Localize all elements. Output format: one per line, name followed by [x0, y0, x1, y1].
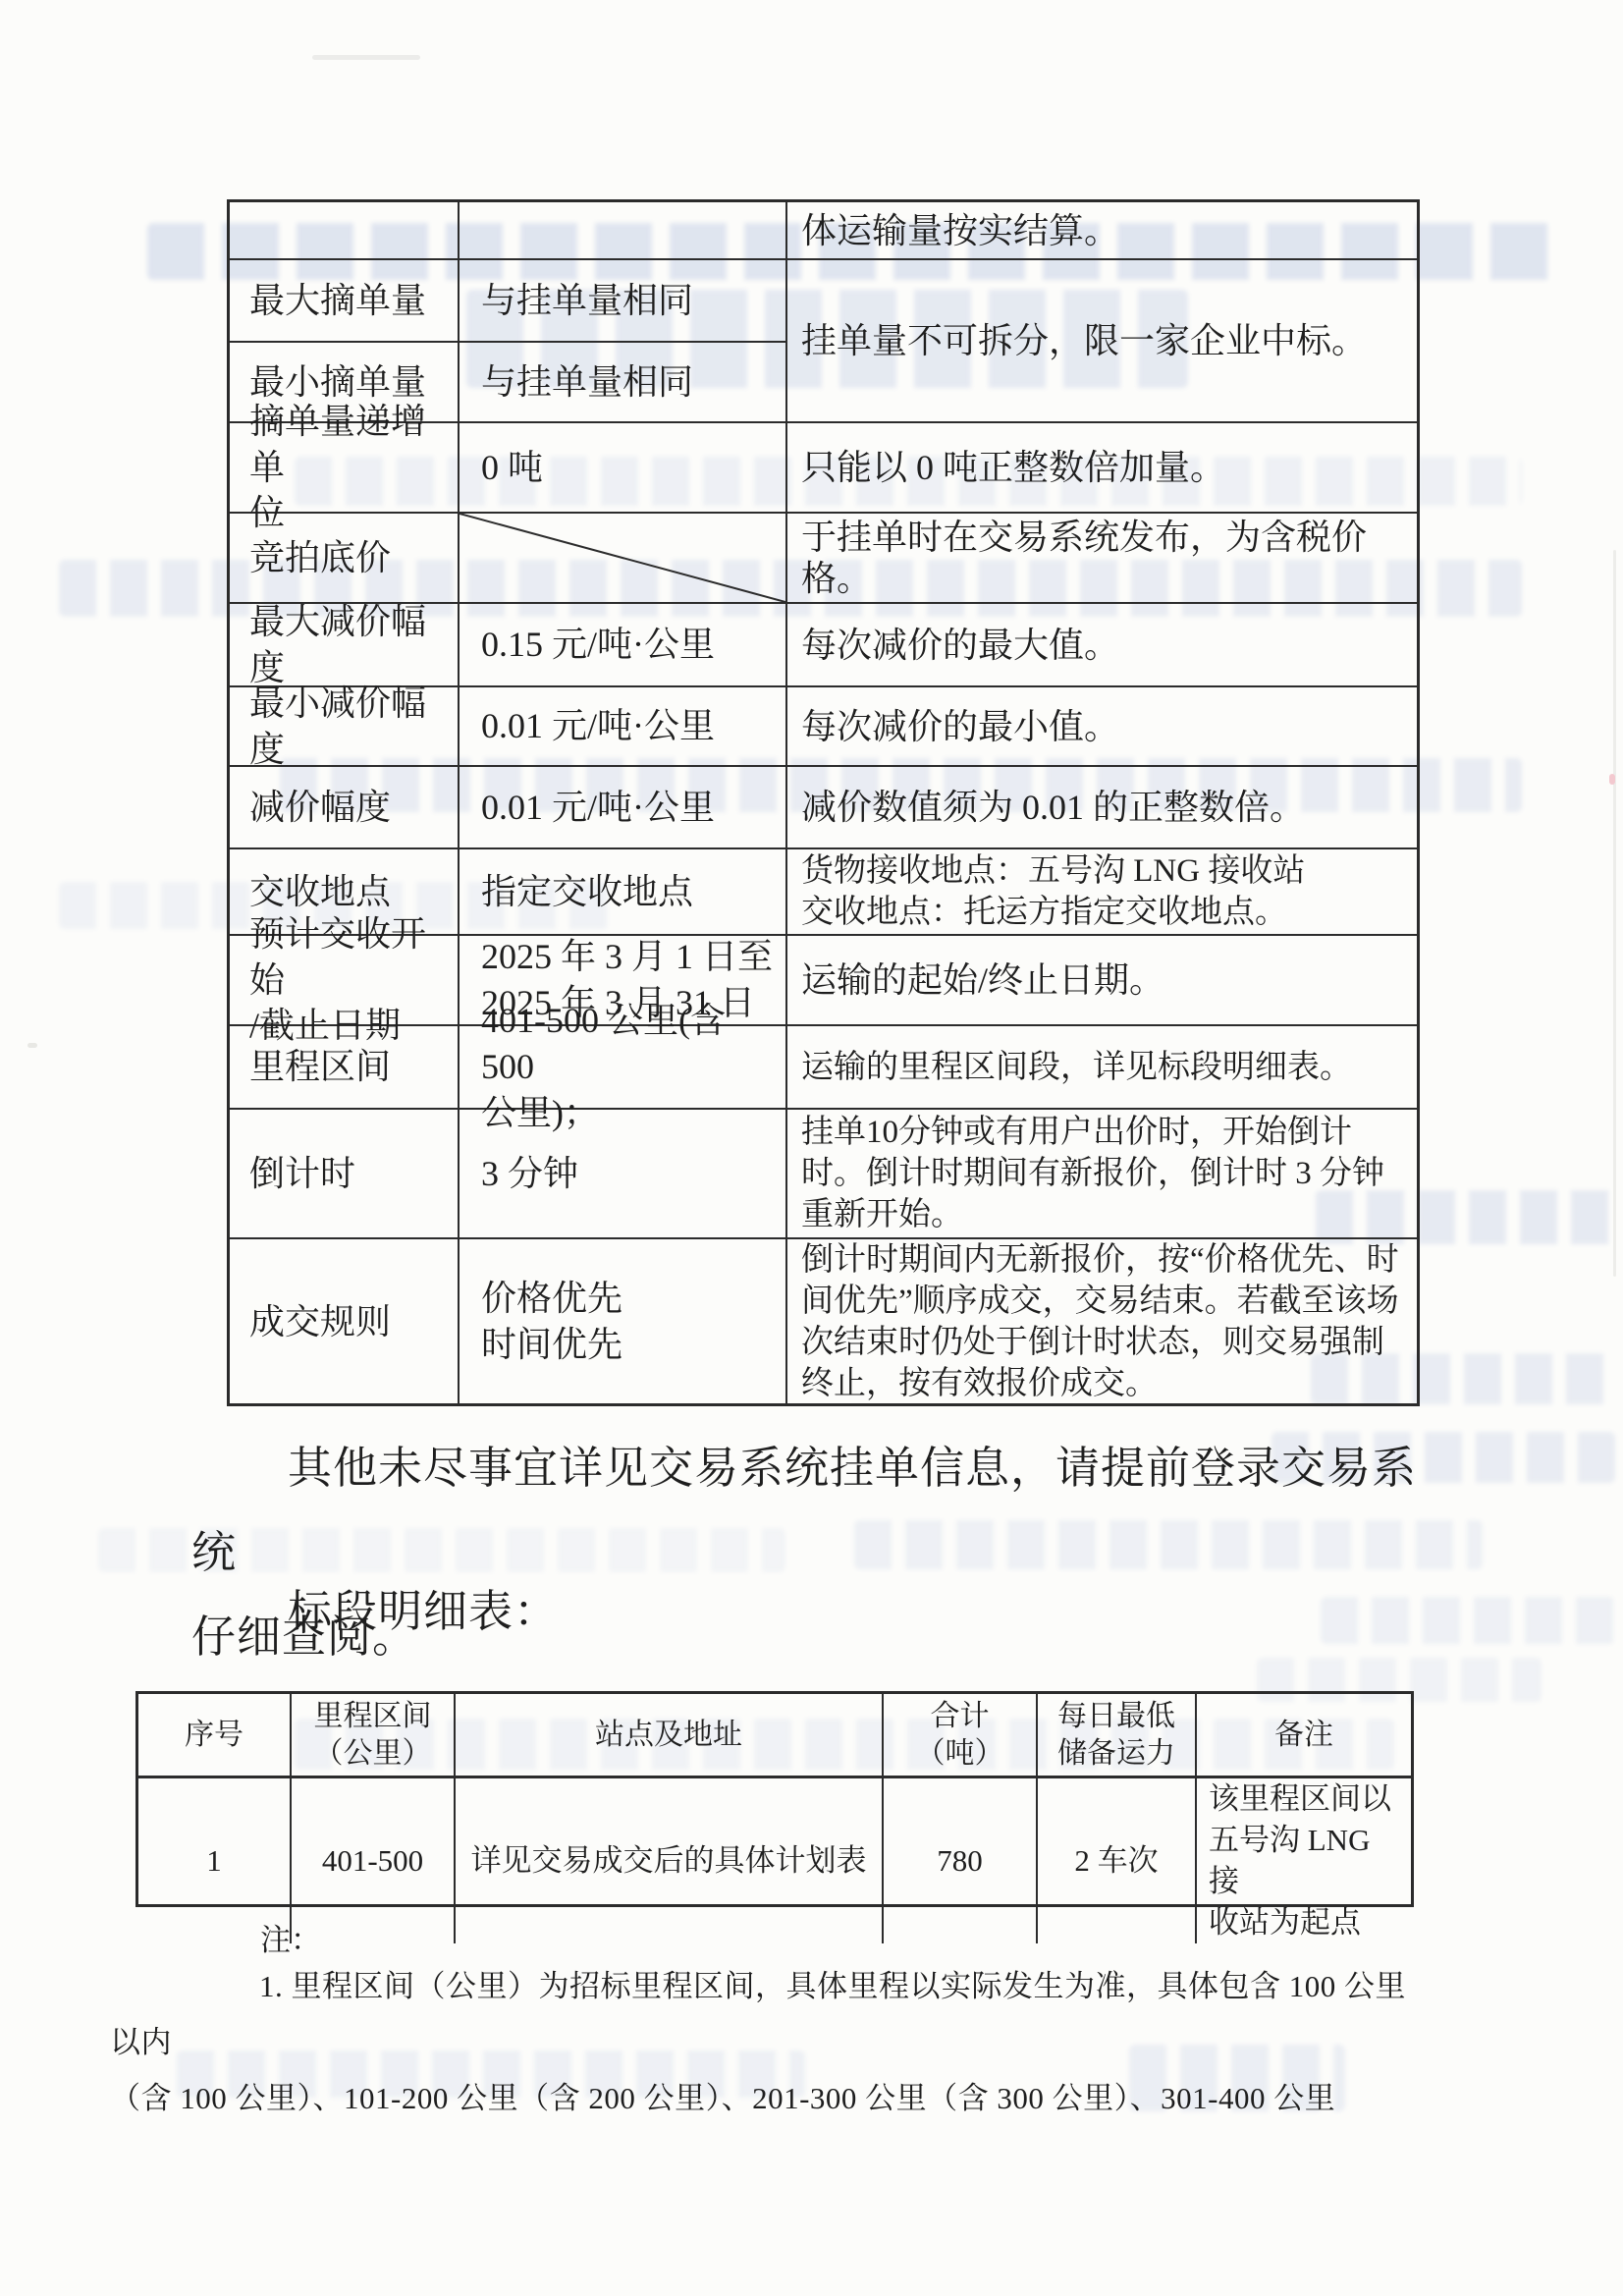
terms-value-cell: 与挂单量相同: [460, 260, 787, 343]
diagonal-strike-line: [460, 514, 785, 602]
terms-value-cell: 401-500 公里(含 500 公里)；: [460, 1026, 787, 1110]
terms-continuation-text: 体运输量按实结算。: [787, 202, 1417, 260]
terms-desc-cell: 货物接收地点：五号沟 LNG 接收站 交收地点：托运方指定交收地点。: [787, 849, 1417, 936]
terms-empty-cell: [460, 202, 787, 260]
terms-label-cell: 倒计时: [230, 1110, 460, 1239]
bid-header-remark: 备注: [1197, 1694, 1411, 1778]
terms-value-cell: 价格优先 时间优先: [460, 1239, 787, 1404]
terms-value-cell: 指定交收地点: [460, 849, 787, 936]
closing-paragraph: 其他未尽事宜详见交易系统挂单信息，请提前登录交易系统 仔细查阅。: [191, 1426, 1458, 1679]
bid-cell-remark: 该里程区间以 五号沟 LNG 接 收站为起点: [1197, 1778, 1411, 1943]
terms-label-cell: 摘单量递增单 位: [230, 423, 460, 514]
terms-desc-cell: 减价数值须为 0.01 的正整数倍。: [787, 767, 1417, 849]
terms-desc-cell: 每次减价的最大值。: [787, 604, 1417, 687]
terms-label-cell: 最大摘单量: [230, 260, 460, 343]
terms-empty-cell: [230, 202, 460, 260]
terms-label-cell: 减价幅度: [230, 767, 460, 849]
terms-value-cell: 0.01 元/吨·公里: [460, 767, 787, 849]
terms-merged-desc-cell: 挂单量不可拆分，限一家企业中标。: [787, 260, 1417, 423]
terms-desc-cell: 只能以 0 吨正整数倍加量。: [787, 423, 1417, 514]
terms-desc-cell: 于挂单时在交易系统发布，为含税价格。: [787, 514, 1417, 604]
terms-value-cell: 3 分钟: [460, 1110, 787, 1239]
terms-desc-cell: 倒计时期间内无新报价，按“价格优先、时间优先”顺序成交，交易结束。若截至该场次结…: [787, 1239, 1417, 1404]
bid-detail-section-label: 标段明细表：: [191, 1575, 1075, 1639]
note-item: 1. 里程区间（公里）为招标里程区间，具体里程以实际发生为准，具体包含 100 …: [110, 1958, 1434, 2126]
terms-desc-cell: 运输的起始/终止日期。: [787, 936, 1417, 1026]
bid-header-total: 合计 （吨）: [884, 1694, 1038, 1778]
terms-desc-cell: 运输的里程区间段，详见标段明细表。: [787, 1026, 1417, 1110]
terms-diagonal-cell: [460, 514, 787, 604]
bid-header-capacity: 每日最低 储备运力: [1038, 1694, 1197, 1778]
terms-desc-cell: 挂单10分钟或有用户出价时，开始倒计时。倒计时期间有新报价，倒计时 3 分钟重新…: [787, 1110, 1417, 1239]
document-content: 体运输量按实结算。 最大摘单量 与挂单量相同 挂单量不可拆分，限一家企业中标。 …: [0, 0, 1623, 2296]
bid-cell-total: 780: [884, 1778, 1038, 1943]
terms-label-cell: 最大减价幅度: [230, 604, 460, 687]
bid-header-seq: 序号: [138, 1694, 292, 1778]
terms-desc-cell: 每次减价的最小值。: [787, 687, 1417, 767]
bid-detail-table: 序号 里程区间 （公里） 站点及地址 合计 （吨） 每日最低 储备运力 备注 1…: [135, 1691, 1414, 1907]
terms-label-cell: 成交规则: [230, 1239, 460, 1404]
terms-value-cell: 0.15 元/吨·公里: [460, 604, 787, 687]
terms-value-cell: 与挂单量相同: [460, 343, 787, 423]
terms-label-cell: 竞拍底价: [230, 514, 460, 604]
bid-header-range: 里程区间 （公里）: [292, 1694, 456, 1778]
terms-label-cell: 里程区间: [230, 1026, 460, 1110]
terms-value-cell: 0 吨: [460, 423, 787, 514]
bid-cell-station: 详见交易成交后的具体计划表: [456, 1778, 884, 1943]
terms-label-cell: 预计交收开始 /截止日期: [230, 936, 460, 1026]
terms-value-cell: 0.01 元/吨·公里: [460, 687, 787, 767]
bid-cell-capacity: 2 车次: [1038, 1778, 1197, 1943]
scanned-document-page: 体运输量按实结算。 最大摘单量 与挂单量相同 挂单量不可拆分，限一家企业中标。 …: [0, 0, 1623, 2296]
terms-table: 体运输量按实结算。 最大摘单量 与挂单量相同 挂单量不可拆分，限一家企业中标。 …: [227, 199, 1420, 1406]
notes-label: 注：: [260, 1915, 321, 1959]
bid-header-station: 站点及地址: [456, 1694, 884, 1778]
terms-label-cell: 最小减价幅度: [230, 687, 460, 767]
